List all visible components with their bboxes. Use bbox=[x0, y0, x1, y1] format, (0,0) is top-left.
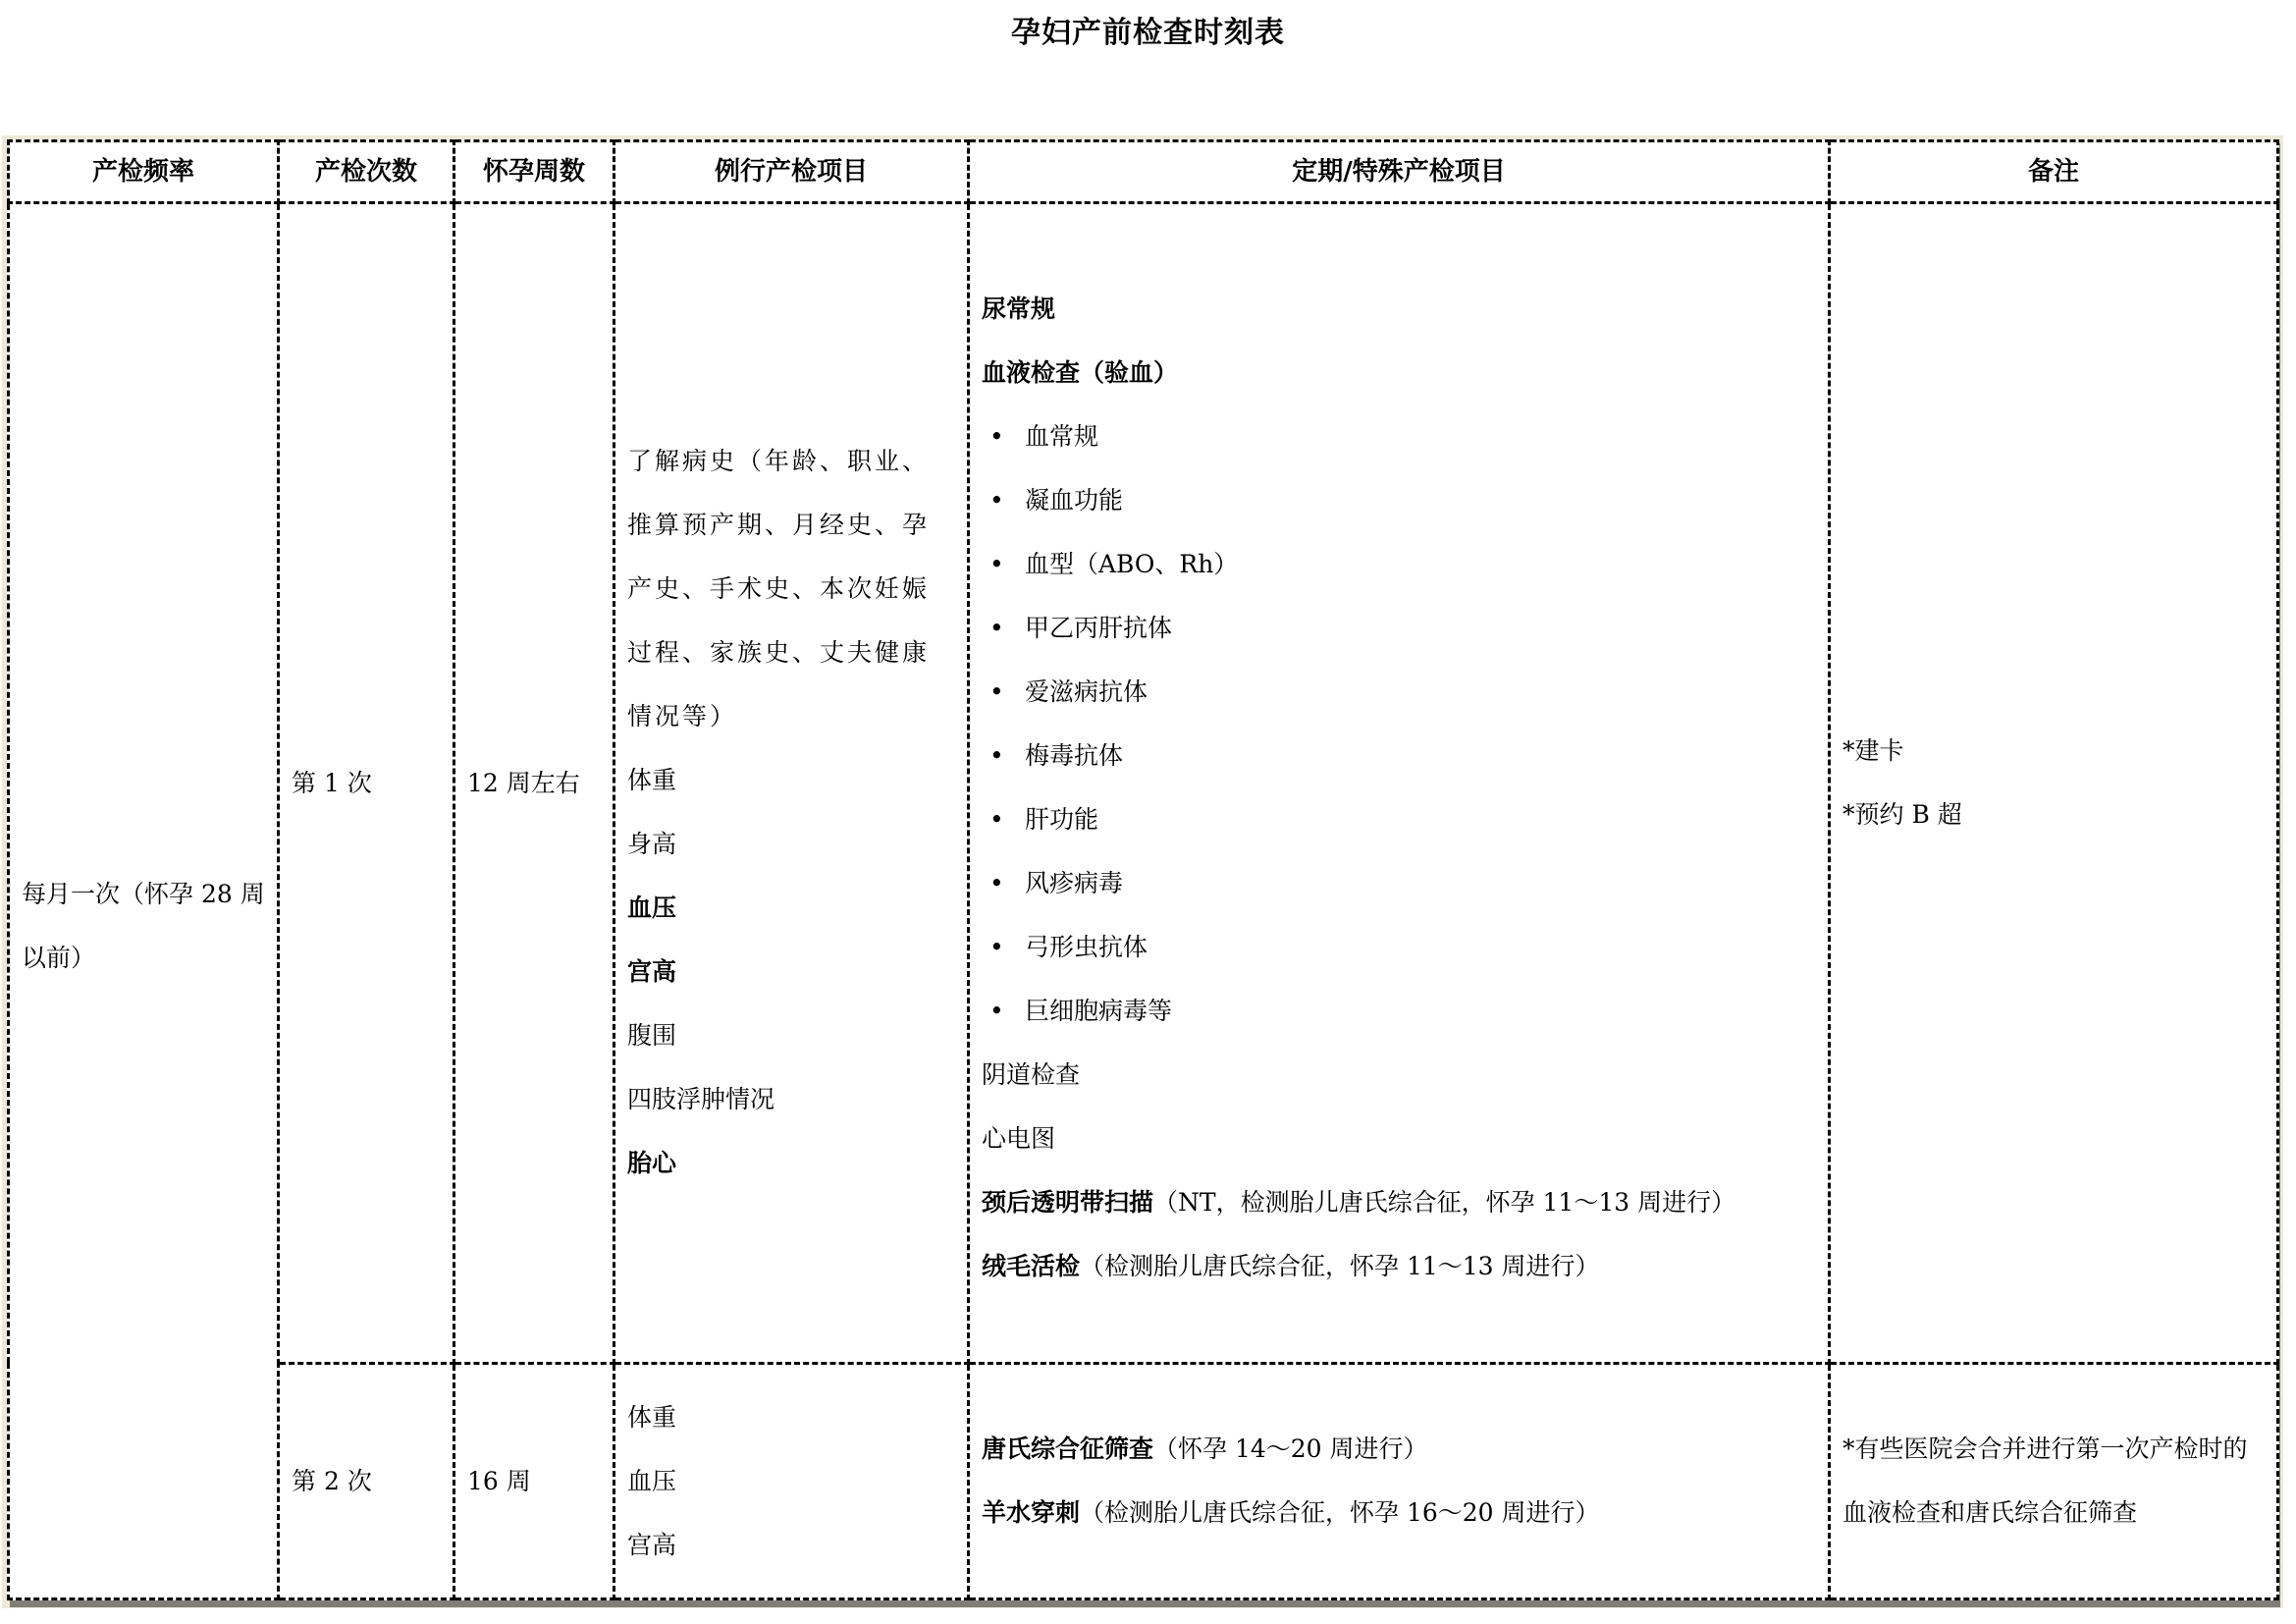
table-row: 第 2 次 16 周 体重 血压 宫高 唐氏综合征筛查（怀孕 14～20 周进行… bbox=[9, 1363, 2278, 1598]
nt-scan: 颈后透明带扫描（NT，检测胎儿唐氏综合征，怀孕 11～13 周进行） bbox=[982, 1170, 1816, 1234]
note-item: *预约 B 超 bbox=[1842, 783, 2265, 846]
table-row: 每月一次（怀孕 28 周以前） 第 1 次 12 周左右 了解病史（年龄、职业、… bbox=[9, 203, 2278, 1364]
visit-cell: 第 1 次 bbox=[279, 203, 454, 1364]
bullet-icon: • bbox=[982, 532, 1025, 596]
week-label: 16 周 bbox=[467, 1449, 601, 1513]
routine-cell: 体重 血压 宫高 bbox=[614, 1363, 969, 1598]
urine-test: 尿常规 bbox=[982, 277, 1816, 341]
routine-item: 了解病史（年龄、职业、推算预产期、月经史、孕产史、手术史、本次妊娠过程、家族史、… bbox=[627, 429, 955, 748]
special-cell: 唐氏综合征筛查（怀孕 14～20 周进行） 羊水穿刺（检测胎儿唐氏综合征，怀孕 … bbox=[969, 1363, 1830, 1598]
routine-cell: 了解病史（年龄、职业、推算预产期、月经史、孕产史、手术史、本次妊娠过程、家族史、… bbox=[614, 203, 969, 1364]
week-cell: 16 周 bbox=[454, 1363, 614, 1598]
routine-item: 胎心 bbox=[627, 1131, 955, 1195]
bullet-icon: • bbox=[982, 787, 1025, 851]
visit-label: 第 1 次 bbox=[292, 751, 441, 815]
visit-label: 第 2 次 bbox=[292, 1449, 441, 1513]
frequency-text: 每月一次（怀孕 28 周以前） bbox=[22, 862, 265, 990]
header-row: 产检频率 产检次数 怀孕周数 例行产检项目 定期/特殊产检项目 备注 bbox=[9, 141, 2278, 203]
routine-item: 血压 bbox=[627, 1449, 955, 1513]
note-item: *有些医院会合并进行第一次产检时的血液检查和唐氏综合征筛查 bbox=[1842, 1417, 2265, 1544]
blood-item: •血常规 bbox=[982, 405, 1816, 468]
blood-item: •血型（ABO、Rh） bbox=[982, 532, 1816, 596]
blood-item: •风疹病毒 bbox=[982, 851, 1816, 915]
routine-item: 体重 bbox=[627, 1385, 955, 1449]
routine-item: 宫高 bbox=[627, 1513, 955, 1577]
routine-item: 身高 bbox=[627, 812, 955, 876]
bullet-icon: • bbox=[982, 468, 1025, 532]
header-week: 怀孕周数 bbox=[454, 141, 614, 203]
down-syndrome-screen: 唐氏综合征筛查（怀孕 14～20 周进行） bbox=[982, 1417, 1816, 1481]
week-label: 12 周左右 bbox=[467, 751, 601, 815]
blood-item: •弓形虫抗体 bbox=[982, 915, 1816, 979]
table-shadow-bottom bbox=[10, 1599, 2279, 1607]
bullet-icon: • bbox=[982, 405, 1025, 468]
routine-item: 血压 bbox=[627, 876, 955, 940]
blood-item: •凝血功能 bbox=[982, 468, 1816, 532]
visit-cell: 第 2 次 bbox=[279, 1363, 454, 1598]
blood-item: •爱滋病抗体 bbox=[982, 660, 1816, 724]
routine-item: 体重 bbox=[627, 748, 955, 812]
bullet-icon: • bbox=[982, 724, 1025, 787]
notes-cell: *建卡 *预约 B 超 bbox=[1830, 203, 2278, 1364]
bullet-icon: • bbox=[982, 596, 1025, 660]
special-cell: 尿常规 血液检查（验血） •血常规 •凝血功能 •血型（ABO、Rh） •甲乙丙… bbox=[969, 203, 1830, 1364]
bullet-icon: • bbox=[982, 851, 1025, 915]
week-cell: 12 周左右 bbox=[454, 203, 614, 1364]
cvs-test: 绒毛活检（检测胎儿唐氏综合征，怀孕 11～13 周进行） bbox=[982, 1234, 1816, 1298]
vaginal-exam: 阴道检查 bbox=[982, 1043, 1816, 1107]
bullet-icon: • bbox=[982, 979, 1025, 1043]
routine-item: 宫高 bbox=[627, 940, 955, 1003]
bullet-icon: • bbox=[982, 915, 1025, 979]
prenatal-schedule-table: 产检频率 产检次数 怀孕周数 例行产检项目 定期/特殊产检项目 备注 每月一次（… bbox=[7, 139, 2279, 1600]
blood-test-title: 血液检查（验血） bbox=[982, 341, 1816, 405]
blood-item: •巨细胞病毒等 bbox=[982, 979, 1816, 1043]
blood-item: •梅毒抗体 bbox=[982, 724, 1816, 787]
header-frequency: 产检频率 bbox=[9, 141, 279, 203]
blood-item: •甲乙丙肝抗体 bbox=[982, 596, 1816, 660]
header-visit: 产检次数 bbox=[279, 141, 454, 203]
routine-item: 腹围 bbox=[627, 1003, 955, 1067]
blood-item: •肝功能 bbox=[982, 787, 1816, 851]
page-title: 孕妇产前检查时刻表 bbox=[0, 8, 2296, 51]
header-notes: 备注 bbox=[1830, 141, 2278, 203]
bullet-icon: • bbox=[982, 660, 1025, 724]
header-routine: 例行产检项目 bbox=[614, 141, 969, 203]
ecg: 心电图 bbox=[982, 1107, 1816, 1170]
notes-cell: *有些医院会合并进行第一次产检时的血液检查和唐氏综合征筛查 bbox=[1830, 1363, 2278, 1598]
header-special: 定期/特殊产检项目 bbox=[969, 141, 1830, 203]
amniocentesis: 羊水穿刺（检测胎儿唐氏综合征，怀孕 16～20 周进行） bbox=[982, 1481, 1816, 1544]
note-item: *建卡 bbox=[1842, 719, 2265, 783]
routine-item: 四肢浮肿情况 bbox=[627, 1067, 955, 1131]
frequency-cell: 每月一次（怀孕 28 周以前） bbox=[9, 203, 279, 1599]
